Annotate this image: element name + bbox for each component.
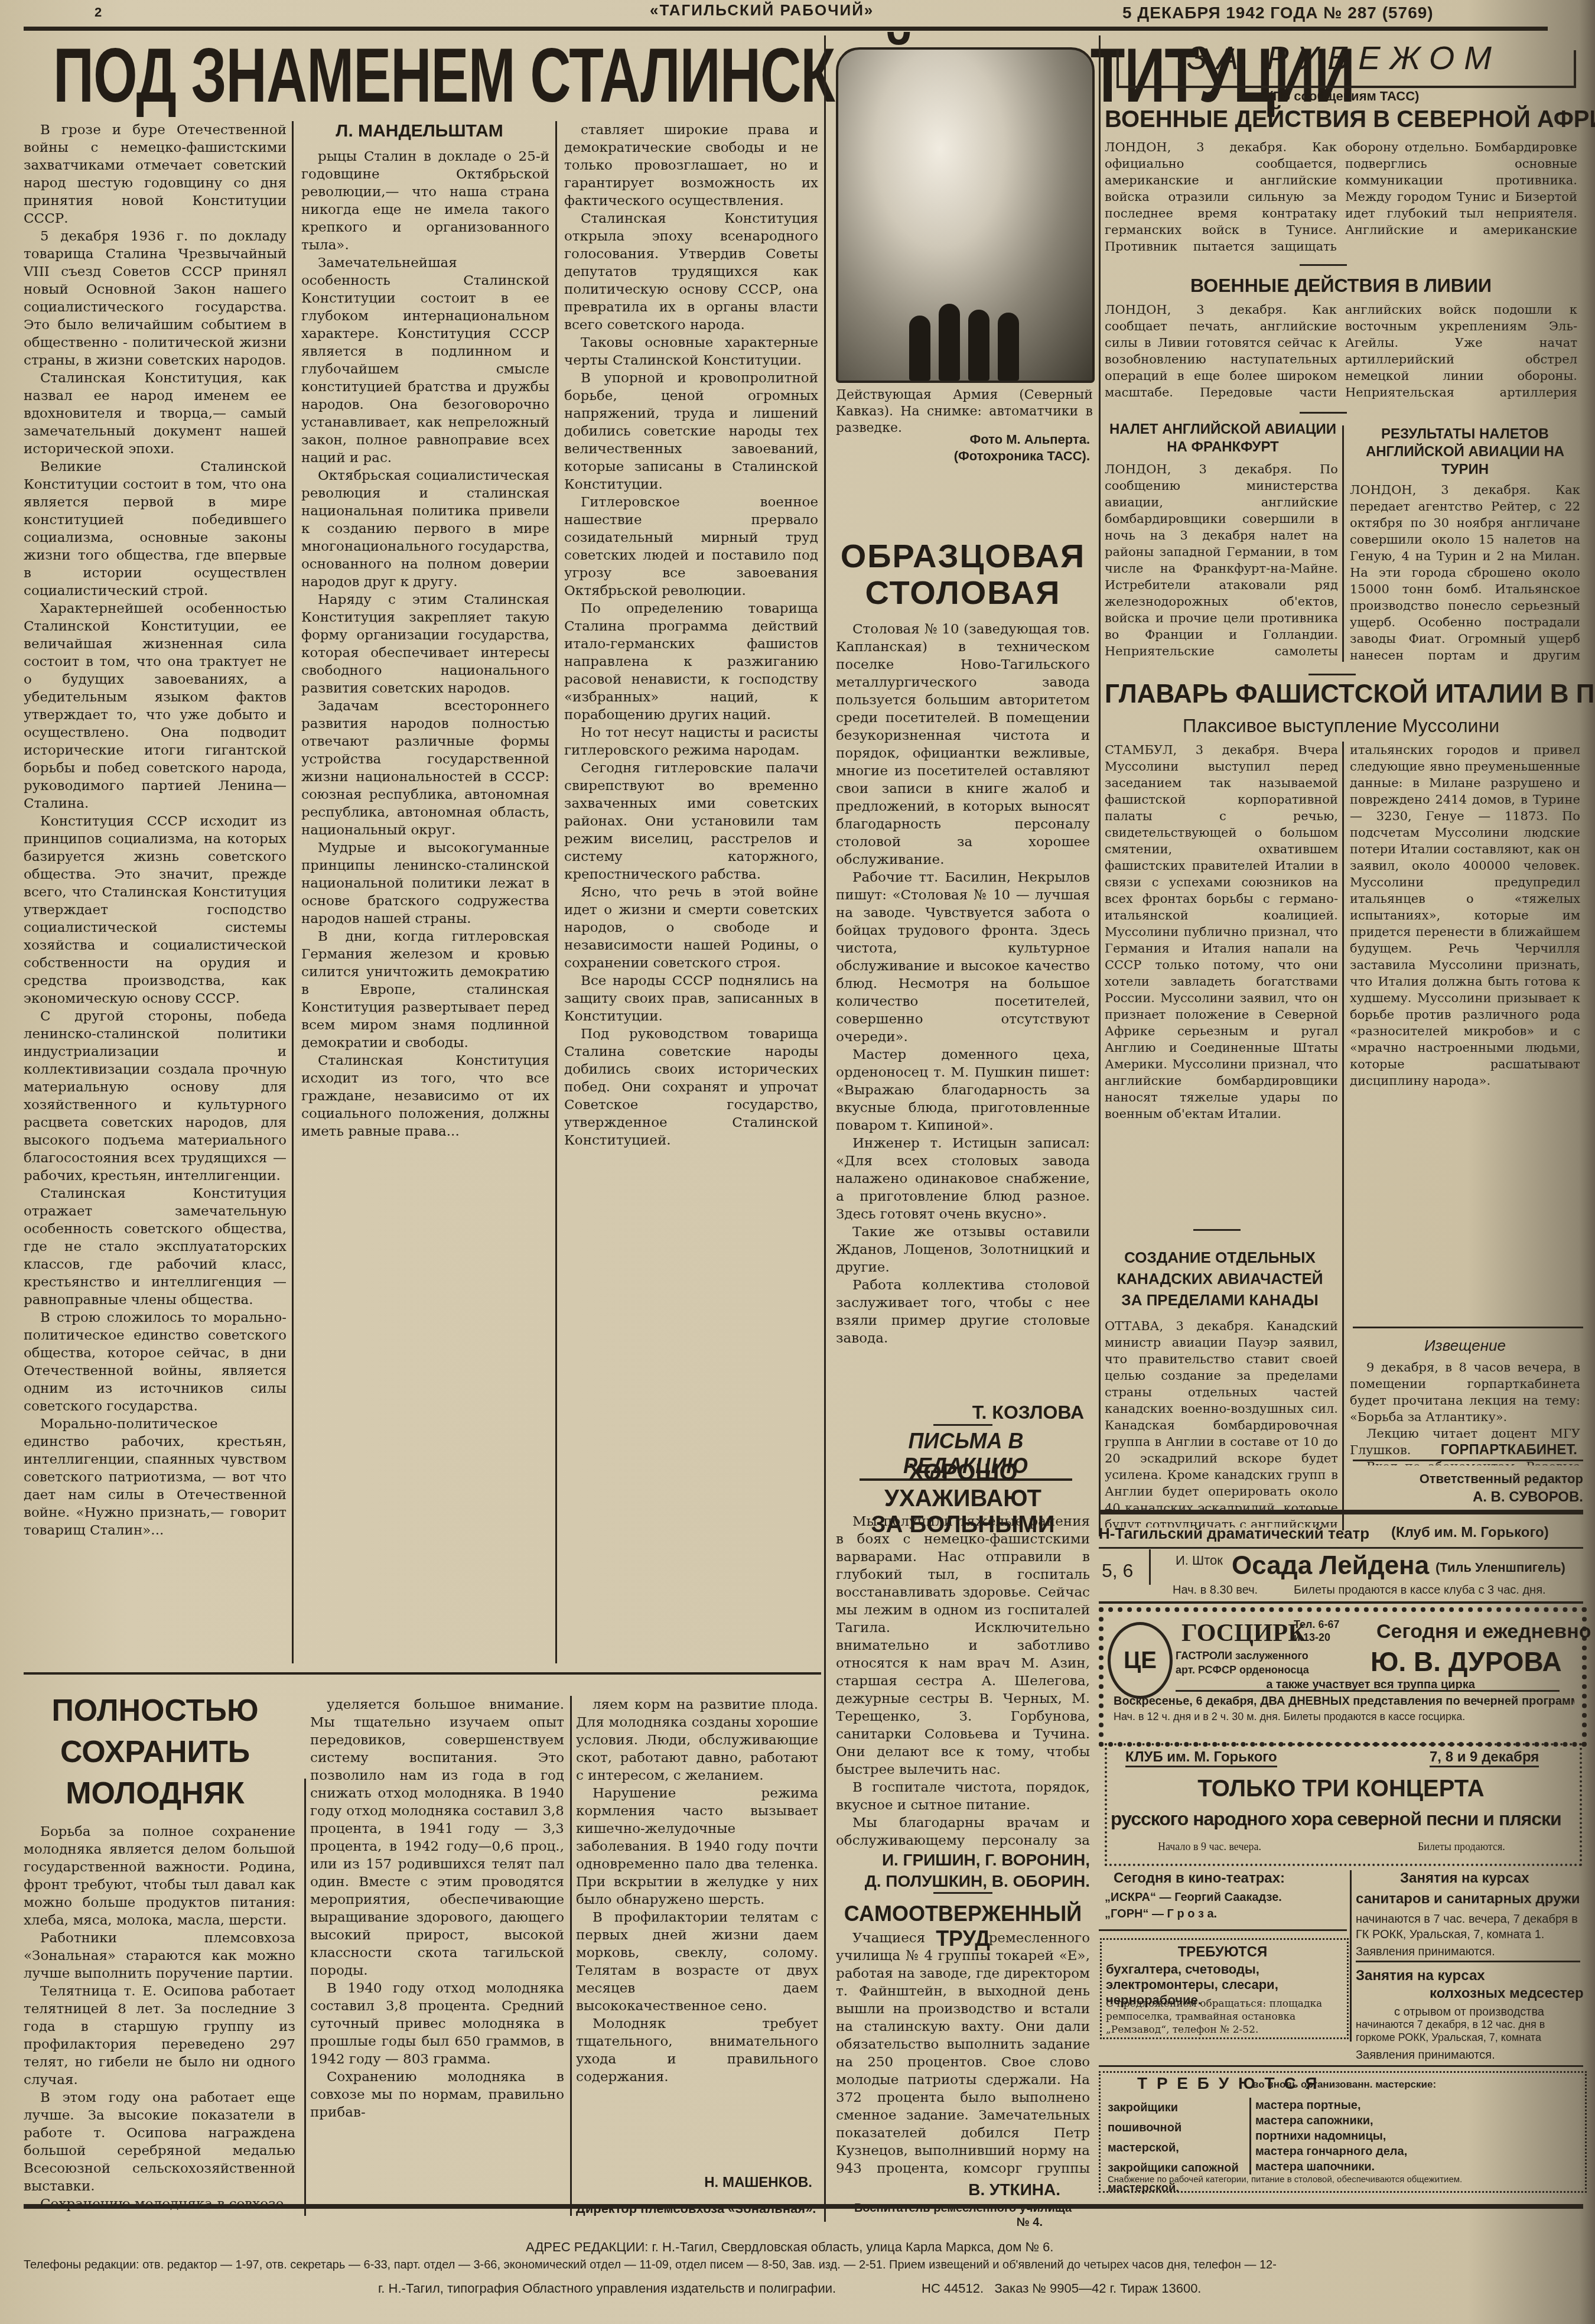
paragraph: Октябрьская социалистическая революция и… [301, 467, 549, 591]
page-number: 2 [95, 5, 102, 20]
turin-headline: РЕЗУЛЬТАТЫ НАЛЕТОВ АНГЛИЙСКОЙ АВИАЦИИ НА… [1350, 425, 1580, 479]
wanted1-title: ТРЕБУЮТСЯ [1100, 1944, 1345, 1961]
circus-logo-icon: ЦЕ [1108, 1622, 1173, 1699]
divider [933, 1424, 992, 1426]
italy-col2: итальянских городов и привел следующие я… [1350, 742, 1580, 1232]
youngstock-col2: уделяется большое внимание. Мы тщательно… [310, 1696, 564, 2216]
theater-subtitle: (Тиль Уленшпигель) [1436, 1560, 1565, 1575]
theater-tickets: Билеты продаются в кассе клуба с 3 час. … [1294, 1584, 1546, 1597]
labor-body: Учащиеся ремесленного училища № 4 группы… [836, 1929, 1090, 2177]
youngstock-col1: Борьба за полное сохранение молодняка яв… [24, 1823, 295, 2219]
concert-tickets: Билеты продаются. [1418, 1841, 1505, 1853]
north-africa-headline: ВОЕННЫЕ ДЕЙСТВИЯ В СЕВЕРНОЙ АФРИКЕ [1105, 106, 1589, 133]
wanted2-intro: во вновь организованн. мастерские: [1252, 2079, 1436, 2091]
libya-headline: ВОЕННЫЕ ДЕЙСТВИЯ В ЛИВИИ [1105, 275, 1577, 297]
paragraph: Работа коллектива столовой заслуживает т… [836, 1276, 1090, 1347]
courses2-accept: Заявления принимаются. [1356, 2047, 1495, 2063]
list-item: мастера шапочники. [1255, 2159, 1580, 2175]
theater-start: Нач. в 8.30 веч. [1173, 1584, 1258, 1597]
theater-name: Н-Тагильский драматический театр [1099, 1525, 1369, 1543]
divider [1353, 1460, 1583, 1461]
newspaper-page: 2 «ТАГИЛЬСКИЙ РАБОЧИЙ» 5 ДЕКАБРЯ 1942 ГО… [0, 0, 1595, 2324]
youngstock-col3: ляем корм на развитие плода. Для молодня… [576, 1696, 818, 2157]
letters-signature-line1: И. ГРИШИН, Г. ВОРОНИН, [836, 1850, 1090, 1871]
courses1-title2: санитаров и санитарных дружинниц [1356, 1891, 1580, 1907]
letters-body: Мы получили тяжелые ранения в боях с нем… [836, 1513, 1090, 1850]
wanted2-right: мастера портные,мастера сапожники,портни… [1255, 2098, 1580, 2175]
list-item: мастера гончарного дела, [1255, 2144, 1580, 2159]
italy-headline: ГЛАВАРЬ ФАШИСТСКОЙ ИТАЛИИ В ПАНИКЕ [1105, 680, 1589, 709]
paragraph: Сегодня гитлеровские палачи свирепствуют… [564, 759, 818, 883]
circus-name: ГОСЦИРК [1181, 1619, 1306, 1647]
canada-body: ОТТАВА, 3 декабря. Канадский министр ави… [1105, 1318, 1338, 1527]
photo-credit-line1: Фото М. Альперта. [836, 431, 1090, 448]
footer-address: АДРЕС РЕДАКЦИИ: г. Н.-Тагил, Свердловска… [526, 2240, 1589, 2255]
divider [933, 1892, 992, 1894]
column-divider [824, 35, 826, 2222]
editor-name: А. В. СУВОРОВ. [1353, 1489, 1583, 1506]
divider [1353, 1327, 1583, 1328]
paragraph: Работники племсовхоза «Зональная» стараю… [24, 1929, 295, 1982]
main-headline: ПОД ЗНАМЕНЕМ СТАЛИНСКОЙ КОНСТИТУЦИИ [53, 32, 833, 121]
paragraph: Рабочие тт. Басилин, Некрылов пишут: «Ст… [836, 869, 1090, 1046]
frankfurt-body: ЛОНДОН, 3 декабря. По сообщению министер… [1105, 461, 1338, 662]
youngstock-signature: Н. МАШЕНКОВ. [576, 2175, 812, 2191]
circus-tour-line1: ГАСТРОЛИ заслуженного [1176, 1649, 1309, 1663]
paragraph: рыцы Сталин в докладе о 25-й годовщине О… [301, 148, 549, 254]
column-divider [292, 121, 294, 1663]
paragraph: Морально-политическое единство рабочих, … [24, 1415, 287, 1539]
paragraph: Сталинская Конституция открыла эпоху все… [564, 210, 818, 334]
canteen-article-body: Столовая № 10 (заведующая тов. Капланска… [836, 620, 1090, 1403]
editor-label: Ответственный редактор [1353, 1471, 1583, 1487]
circus-phone-line2: и 13-20 [1294, 1631, 1340, 1644]
theater-venue: (Клуб им. М. Горького) [1391, 1525, 1549, 1541]
concert-title: ТОЛЬКО ТРИ КОНЦЕРТА [1105, 1776, 1577, 1802]
canada-headline: СОЗДАНИЕ ОТДЕЛЬНЫХ КАНАДСКИХ АВИАЧАСТЕЙ … [1111, 1247, 1329, 1311]
column-divider [1342, 742, 1344, 1530]
divider [1193, 1229, 1241, 1231]
paragraph: Под руководством товарища Сталина советс… [564, 1025, 818, 1149]
list-item: закройщики пошивочной мастерской, [1108, 2098, 1246, 2158]
paragraph: Сталинская Конституция отражает замечате… [24, 1185, 287, 1309]
paragraph: Задачам всестороннего развития народов п… [301, 697, 549, 839]
canteen-signature: Т. КОЗЛОВА [836, 1402, 1084, 1423]
paragraph: уделяется большое внимание. Мы тщательно… [310, 1696, 564, 1980]
issue-date: 5 ДЕКАБРЯ 1942 ГОДА № 287 (5769) [1122, 4, 1434, 22]
courses1-accept: Заявления принимаются. [1356, 1944, 1495, 1959]
turin-body: ЛОНДОН, 3 декабря. Как передает агентств… [1350, 482, 1580, 662]
cinema-line1: „ИСКРА“ — Георгий Саакадзе. [1105, 1891, 1282, 1904]
divider [1300, 264, 1347, 266]
theater-play: Осада Лейдена [1232, 1551, 1429, 1581]
paragraph: Мудрые и высокогуманные принципы ленинск… [301, 839, 549, 928]
paragraph: Столовая № 10 (заведующая тов. Капланска… [836, 620, 1090, 869]
paragraph: ставляет широкие права и демократические… [564, 121, 818, 210]
paragraph: Мы получили тяжелые ранения в боях с нем… [836, 1513, 1090, 1779]
theater-dates: 5, 6 [1102, 1560, 1133, 1582]
footer-rule [24, 2204, 1583, 2209]
theater-author: И. Шток [1176, 1553, 1223, 1568]
cinema-line2: „ГОРН“ — Г р о з а. [1105, 1907, 1217, 1921]
paragraph: В этом году она работает еще лучше. За в… [24, 2089, 295, 2195]
paragraph: В профилактории телятам с первых дней жи… [576, 1909, 818, 2015]
concert-dates: 7, 8 и 9 декабря [1430, 1749, 1539, 1767]
list-item: мастера портные, [1255, 2098, 1580, 2113]
divider [1099, 1929, 1347, 1931]
paragraph: Сохранению молодняка в совхозе мы по нор… [310, 2068, 564, 2121]
paragraph: Учащиеся ремесленного училища № 4 группы… [836, 1929, 1090, 2177]
paragraph: В 1940 году отход молодняка составил 3,8… [310, 1980, 564, 2068]
paragraph: Гитлеровское военное нашествие прервало … [564, 493, 818, 600]
canteen-headline-line2: СТОЛОВАЯ [836, 574, 1090, 611]
paragraph: Инженер т. Истицын записал: «Для всех ст… [836, 1135, 1090, 1223]
footer-order: НС 44512. Заказ № 9905—42 г. Тираж 13600… [922, 2281, 1201, 2296]
labor-signature: В. УТКИНА. [836, 2180, 1060, 2199]
column-divider [1249, 2098, 1251, 2175]
paragraph: Нарушение режима кормления часто вызывае… [576, 1785, 818, 1909]
paragraph: Мы благодарны врачам и обслуживающему пе… [836, 1814, 1090, 1850]
paragraph: В упорной и кровопролитной борьбе, ценой… [564, 369, 818, 493]
list-item: мастера сапожники, [1255, 2113, 1580, 2128]
column-divider [1350, 1870, 1352, 2042]
list-item: портнихи надомницы, [1255, 2128, 1580, 2144]
footer-phones: Телефоны редакции: отв. редактор — 1-97,… [24, 2258, 1583, 2272]
paragraph: Таковы основные характерные черты Сталин… [564, 334, 818, 369]
north-africa-body: ЛОНДОН, 3 декабря. Как официально сообща… [1105, 139, 1577, 257]
circus-sunday: Воскресенье, 6 декабря, ДВА ДНЕВНЫХ пред… [1114, 1695, 1574, 1708]
letters-signature-line2: Д. ПОЛУШКИН, В. ОБОРИН. [836, 1871, 1090, 1892]
circus-tour: ГАСТРОЛИ заслуженного арт. РСФСР орденон… [1176, 1649, 1309, 1677]
paragraph: Борьба за полное сохранение молодняка яв… [24, 1823, 295, 1929]
notice-text1: 9 декабря, в 8 часов вечера, в помещении… [1350, 1359, 1580, 1425]
paragraph: Ясно, что речь в этой войне идет о жизни… [564, 883, 818, 972]
abroad-rubric: ЗА РУБЕЖОМ [1116, 38, 1571, 77]
canteen-headline-line1: ОБРАЗЦОВАЯ [836, 538, 1090, 574]
courses2-text: начинаются 7 декабря, в 12 час. дня в го… [1356, 2018, 1580, 2044]
circus-artist: Ю. В. ДУРОВА [1371, 1646, 1562, 1678]
photo-caption: Действующая Армия (Северный Кавказ). На … [836, 387, 1093, 437]
concert-club: КЛУБ им. М. Горького [1125, 1749, 1277, 1767]
paragraph: ляем корм на развитие плода. Для молодня… [576, 1696, 818, 1785]
youngstock-signature-title: Директор племсовхоза «Зональная». [576, 2201, 824, 2216]
paragraph: Такие же отзывы оставили Жданов, Лощенов… [836, 1223, 1090, 1276]
circus-today: Сегодня и ежедневно [1376, 1620, 1591, 1643]
column-divider [304, 1779, 306, 2216]
divider [1099, 2065, 1583, 2067]
paragraph: Мастер доменного цеха, орденоносец т. М.… [836, 1046, 1090, 1135]
divider [1300, 412, 1347, 414]
column-divider [1342, 425, 1344, 662]
footer-printer: г. Н.-Тагил, типография Областного управ… [378, 2281, 836, 2296]
paragraph: Характернейшей особенностью Сталинской К… [24, 600, 287, 812]
paragraph: Все народы СССР поднялись на защиту свои… [564, 972, 818, 1025]
paragraph: В грозе и буре Отечественной войны с нем… [24, 121, 287, 227]
frankfurt-headline: НАЛЕТ АНГЛИЙСКОЙ АВИАЦИИ НА ФРАНКФУРТ [1105, 421, 1341, 456]
cinema-title: Сегодня в кино-театрах: [1114, 1870, 1285, 1887]
letters-headline-line1: ХОРОШО УХАЖИВАЮТ [836, 1460, 1090, 1512]
divider [1176, 1690, 1560, 1692]
circus-phone: Тел. 6-67 и 13-20 [1294, 1618, 1340, 1644]
column-divider [570, 1696, 572, 2216]
youngstock-headline: ПОЛНОСТЬЮ СОХРАНИТЬ МОЛОДНЯК [24, 1690, 287, 1814]
paragraph: По определению товарища Сталина программ… [564, 600, 818, 724]
circus-tour-line2: арт. РСФСР орденоносца [1176, 1663, 1309, 1677]
youngstock-headline-line3: МОЛОДНЯК [24, 1773, 287, 1814]
paragraph: В госпитале чистота, порядок, вкусное и … [836, 1779, 1090, 1814]
paragraph: Наряду с этим Сталинская Конституция зак… [301, 591, 549, 697]
wanted2-supply: Снабжение по рабочей категории, питание … [1108, 2175, 1574, 2185]
paragraph: Но тот несут нацисты и расисты гитлеровс… [564, 724, 818, 759]
circus-phone-line1: Тел. 6-67 [1294, 1618, 1340, 1631]
column-divider [1149, 1549, 1151, 1585]
paragraph: Телятница т. Е. Осипова работает телятни… [24, 1982, 295, 2089]
paragraph: С другой стороны, победа ленинско-сталин… [24, 1007, 287, 1185]
italy-subheadline: Плаксивое выступление Муссолини [1105, 715, 1577, 737]
main-article-col1: В грозе и буре Отечественной войны с нем… [24, 121, 287, 1663]
concert-start: Начало в 9 час. вечера. [1158, 1841, 1261, 1853]
courses1-text: начинаются в 7 час. вечера, 7 декабря в … [1356, 1912, 1580, 1942]
photo-credit-line2: (Фотохроника ТАСС). [836, 448, 1090, 464]
paragraph: Конституция СССР исходит из принципов со… [24, 812, 287, 1007]
paragraph: В дни, когда гитлеровская Германия желез… [301, 928, 549, 1052]
paragraph: В строю сложилось то морально-политическ… [24, 1309, 287, 1415]
courses2-title2: колхозных медсестер [1430, 1985, 1584, 2002]
italy-col1: СТАМБУЛ, 3 декабря. Вчера Муссолини выст… [1105, 742, 1338, 1232]
paper-name: «ТАГИЛЬСКИЙ РАБОЧИЙ» [650, 1, 874, 19]
main-article-author: Л. МАНДЕЛЬШТАМ [301, 121, 538, 141]
divider [1099, 1601, 1583, 1604]
section-divider [24, 1672, 821, 1675]
courses1-title1: Занятия на курсах [1400, 1870, 1529, 1887]
courses2-title1: Занятия на курсах [1356, 1968, 1485, 1984]
paragraph: Великие Сталинской Конституции состоит в… [24, 458, 287, 600]
libya-body: ЛОНДОН, 3 декабря. Как сообщает печать, … [1105, 301, 1577, 414]
canteen-headline: ОБРАЗЦОВАЯ СТОЛОВАЯ [836, 538, 1090, 611]
notice-signature: ГОРПАРТКАБИНЕТ. [1350, 1442, 1577, 1458]
youngstock-headline-line2: СОХРАНИТЬ [24, 1731, 287, 1773]
paragraph: Молодняк требует тщательного, внимательн… [576, 2015, 818, 2086]
wanted1-contact: С предложением обращаться: площадка ремп… [1106, 1997, 1342, 2036]
main-article-col3: ставляет широкие права и демократические… [564, 121, 818, 1663]
concert-subtitle: русского народного хора северной песни и… [1111, 1808, 1577, 1830]
ad-section-rule [1099, 1510, 1583, 1514]
main-article-col2: рыцы Сталин в докладе о 25-й годовщине О… [301, 148, 549, 1663]
paragraph: Сталинская Конституция, как назвал ее на… [24, 369, 287, 458]
divider [1308, 674, 1356, 675]
paragraph: 5 декабря 1936 г. по докладу товарища Ст… [24, 227, 287, 369]
notice-title: Извещение [1350, 1337, 1580, 1355]
column-divider [555, 121, 557, 1663]
photo-soldiers [836, 47, 1095, 383]
paragraph: Замечательнейшая особенность Сталинской … [301, 254, 549, 467]
paragraph: Сталинская Конституция исходит из того, … [301, 1052, 549, 1140]
letters-signature: И. ГРИШИН, Г. ВОРОНИН, Д. ПОЛУШКИН, В. О… [836, 1850, 1090, 1892]
photo-credit: Фото М. Альперта. (Фотохроника ТАСС). [836, 431, 1090, 464]
youngstock-headline-line1: ПОЛНОСТЬЮ [24, 1690, 287, 1731]
column-divider [1099, 35, 1101, 1536]
divider [1099, 1547, 1583, 1549]
abroad-source: (По сообщениям ТАСС) [1116, 89, 1571, 104]
circus-times: Нач. в 12 ч. дня и в 2 ч. 30 м. дня. Бил… [1114, 1711, 1574, 1723]
labor-sig-title-line2: № 4. [836, 2215, 1090, 2229]
masthead-rule [24, 27, 1548, 31]
divider [1356, 1961, 1580, 1962]
